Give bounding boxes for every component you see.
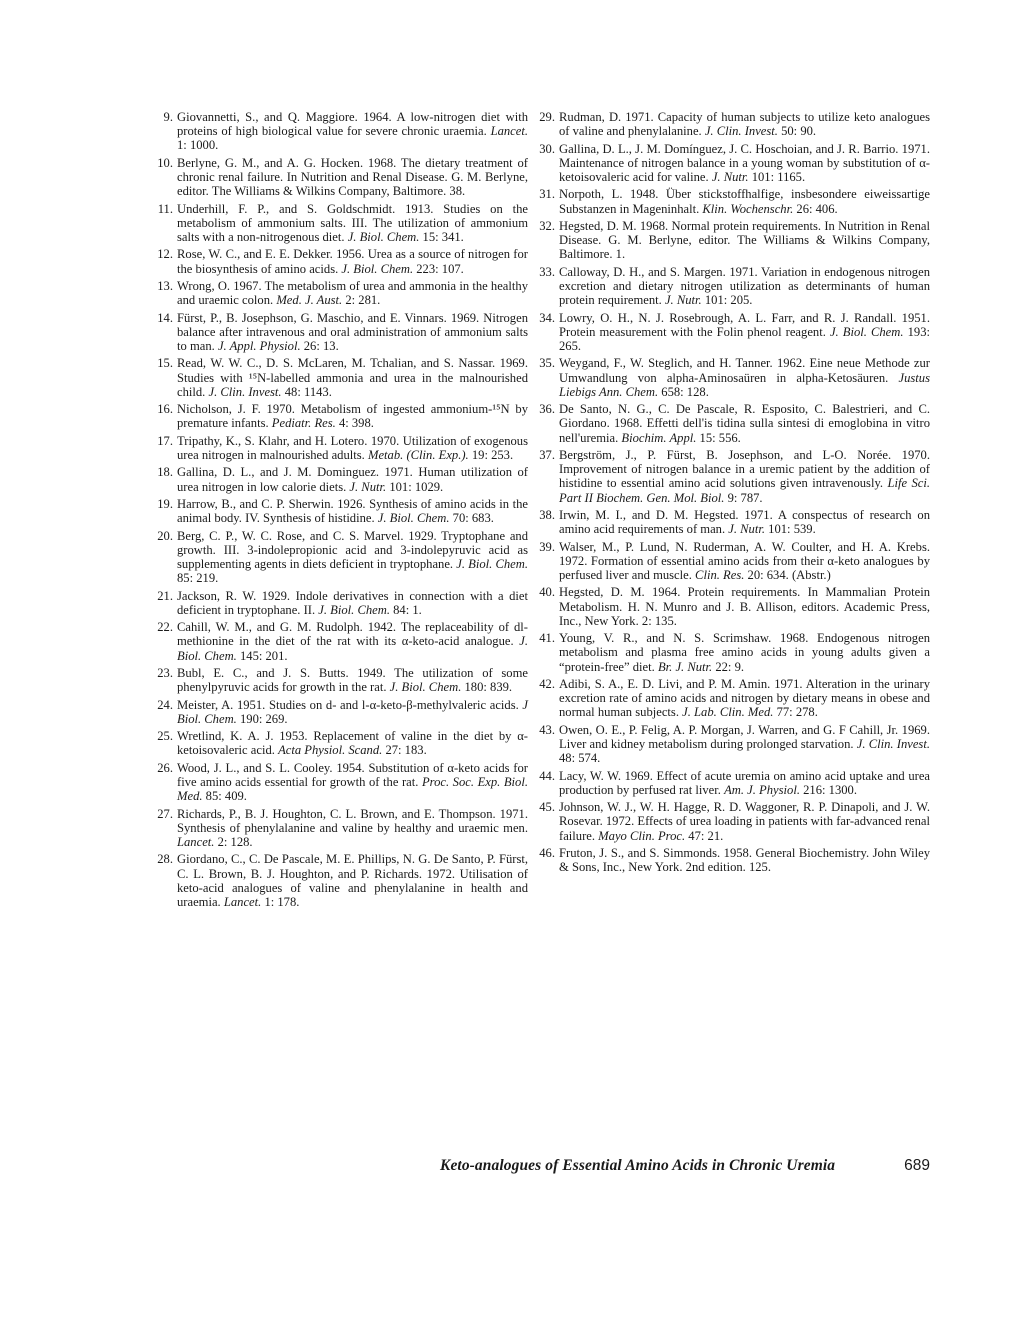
reference-citation: 658: 128. <box>658 385 709 399</box>
reference-citation: 190: 269. <box>237 712 288 726</box>
reference-citation: 101: 205. <box>702 293 753 307</box>
reference-journal: J. Biol. Chem. <box>390 680 462 694</box>
reference-journal: J. Nutr. <box>665 293 702 307</box>
reference-text: Underhill, F. P., and S. Goldschmidt. 19… <box>177 202 528 245</box>
reference-number: 22. <box>150 620 173 634</box>
reference-item: 31.Norpoth, L. 1948. Über stickstoffhalf… <box>532 187 930 215</box>
page-number: 689 <box>904 1157 930 1175</box>
reference-journal: J. Clin. Invest. <box>857 737 930 751</box>
reference-number: 29. <box>532 110 555 124</box>
reference-number: 38. <box>532 508 555 522</box>
reference-citation: 15: 556. <box>696 431 740 445</box>
reference-number: 31. <box>532 187 555 201</box>
reference-citation: 9: 787. <box>724 491 762 505</box>
reference-number: 35. <box>532 356 555 370</box>
reference-number: 18. <box>150 465 173 479</box>
reference-number: 14. <box>150 311 173 325</box>
reference-citation: 26: 13. <box>301 339 339 353</box>
reference-item: 14.Fürst, P., B. Josephson, G. Maschio, … <box>150 311 528 354</box>
reference-item: 42.Adibi, S. A., E. D. Livi, and P. M. A… <box>532 677 930 720</box>
reference-item: 38.Irwin, M. I., and D. M. Hegsted. 1971… <box>532 508 930 536</box>
reference-journal: Br. J. Nutr. <box>658 660 712 674</box>
reference-number: 42. <box>532 677 555 691</box>
reference-text: Gallina, D. L., and J. M. Dominguez. 197… <box>177 465 528 493</box>
reference-body: Giovannetti, S., and Q. Maggiore. 1964. … <box>177 110 528 138</box>
reference-number: 32. <box>532 219 555 233</box>
reference-journal: J. Biol. Chem. <box>348 230 420 244</box>
reference-number: 33. <box>532 265 555 279</box>
reference-text: Owen, O. E., P. Felig, A. P. Morgan, J. … <box>559 723 930 766</box>
reference-number: 9. <box>150 110 173 124</box>
reference-body: Berlyne, G. M., and A. G. Hocken. 1968. … <box>177 156 528 198</box>
reference-citation: 101: 1165. <box>749 170 806 184</box>
reference-item: 30.Gallina, D. L., J. M. Domínguez, J. C… <box>532 142 930 185</box>
reference-number: 23. <box>150 666 173 680</box>
reference-journal: Pediatr. Res. <box>272 416 336 430</box>
reference-item: 36.De Santo, N. G., C. De Pascale, R. Es… <box>532 402 930 445</box>
reference-number: 40. <box>532 585 555 599</box>
reference-journal: J. Biol. Chem. <box>830 325 904 339</box>
reference-item: 27.Richards, P., B. J. Houghton, C. L. B… <box>150 807 528 850</box>
reference-number: 11. <box>150 202 173 216</box>
reference-item: 26.Wood, J. L., and S. L. Cooley. 1954. … <box>150 761 528 804</box>
reference-text: Hegsted, D. M. 1964. Protein requirement… <box>559 585 930 628</box>
reference-text: Harrow, B., and C. P. Sherwin. 1926. Syn… <box>177 497 528 525</box>
reference-text: Giovannetti, S., and Q. Maggiore. 1964. … <box>177 110 528 153</box>
reference-citation: 48: 574. <box>559 751 600 765</box>
reference-number: 37. <box>532 448 555 462</box>
reference-journal: J. Biol. Chem. <box>378 511 450 525</box>
reference-item: 37.Bergström, J., P. Fürst, B. Josephson… <box>532 448 930 505</box>
reference-text: Tripathy, K., S. Klahr, and H. Lotero. 1… <box>177 434 528 462</box>
reference-body: Bergström, J., P. Fürst, B. Josephson, a… <box>559 448 930 490</box>
reference-item: 41.Young, V. R., and N. S. Scrimshaw. 19… <box>532 631 930 674</box>
references-left-column: 9.Giovannetti, S., and Q. Maggiore. 1964… <box>150 110 528 912</box>
reference-citation: 50: 90. <box>778 124 816 138</box>
reference-item: 44.Lacy, W. W. 1969. Effect of acute ure… <box>532 769 930 797</box>
reference-text: Lowry, O. H., N. J. Rosebrough, A. L. Fa… <box>559 311 930 354</box>
reference-text: Norpoth, L. 1948. Über stickstoffhalfige… <box>559 187 930 215</box>
references-right-column: 29.Rudman, D. 1971. Capacity of human su… <box>532 110 930 878</box>
reference-citation: 27: 183. <box>382 743 426 757</box>
reference-number: 34. <box>532 311 555 325</box>
reference-item: 39.Walser, M., P. Lund, N. Ruderman, A. … <box>532 540 930 583</box>
reference-body: Hegsted, D. M. 1968. Normal protein requ… <box>559 219 930 261</box>
reference-item: 17.Tripathy, K., S. Klahr, and H. Lotero… <box>150 434 528 462</box>
reference-citation: 4: 398. <box>336 416 374 430</box>
reference-item: 13.Wrong, O. 1967. The metabolism of ure… <box>150 279 528 307</box>
reference-citation: 85: 409. <box>203 789 247 803</box>
reference-journal: Lancet. <box>224 895 261 909</box>
reference-item: 20.Berg, C. P., W. C. Rose, and C. S. Ma… <box>150 529 528 586</box>
reference-text: Read, W. W. C., D. S. McLaren, M. Tchali… <box>177 356 528 399</box>
reference-number: 15. <box>150 356 173 370</box>
reference-text: Weygand, F., W. Steglich, and H. Tanner.… <box>559 356 930 399</box>
reference-journal: Metab. (Clin. Exp.). <box>368 448 469 462</box>
reference-number: 39. <box>532 540 555 554</box>
reference-text: Richards, P., B. J. Houghton, C. L. Brow… <box>177 807 528 850</box>
reference-text: Walser, M., P. Lund, N. Ruderman, A. W. … <box>559 540 930 583</box>
reference-text: Wretlind, K. A. J. 1953. Replacement of … <box>177 729 528 757</box>
reference-citation: 180: 839. <box>461 680 512 694</box>
reference-item: 45.Johnson, W. J., W. H. Hagge, R. D. Wa… <box>532 800 930 843</box>
reference-journal: Med. J. Aust. <box>276 293 342 307</box>
reference-number: 24. <box>150 698 173 712</box>
reference-citation: 145: 201. <box>237 649 288 663</box>
reference-text: Gallina, D. L., J. M. Domínguez, J. C. H… <box>559 142 930 185</box>
reference-citation: 85: 219. <box>177 571 218 585</box>
reference-citation: 22: 9. <box>712 660 744 674</box>
reference-number: 28. <box>150 852 173 866</box>
reference-number: 43. <box>532 723 555 737</box>
reference-journal: Lancet. <box>177 835 214 849</box>
reference-journal: Lancet. <box>491 124 528 138</box>
reference-citation: 101: 539. <box>765 522 816 536</box>
reference-citation: 70: 683. <box>450 511 494 525</box>
reference-journal: J. Nutr. <box>349 480 386 494</box>
reference-item: 15.Read, W. W. C., D. S. McLaren, M. Tch… <box>150 356 528 399</box>
reference-item: 43.Owen, O. E., P. Felig, A. P. Morgan, … <box>532 723 930 766</box>
reference-journal: Mayo Clin. Proc. <box>598 829 685 843</box>
reference-journal: J. Nutr. <box>728 522 765 536</box>
reference-number: 41. <box>532 631 555 645</box>
reference-text: Berg, C. P., W. C. Rose, and C. S. Marve… <box>177 529 528 586</box>
reference-citation: 1: 178. <box>261 895 299 909</box>
reference-journal: J. Clin. Invest. <box>705 124 778 138</box>
reference-text: Berlyne, G. M., and A. G. Hocken. 1968. … <box>177 156 528 199</box>
reference-item: 40.Hegsted, D. M. 1964. Protein requirem… <box>532 585 930 628</box>
reference-text: Cahill, W. M., and G. M. Rudolph. 1942. … <box>177 620 528 663</box>
reference-item: 35.Weygand, F., W. Steglich, and H. Tann… <box>532 356 930 399</box>
reference-citation: 84: 1. <box>390 603 422 617</box>
reference-number: 36. <box>532 402 555 416</box>
reference-number: 45. <box>532 800 555 814</box>
reference-number: 26. <box>150 761 173 775</box>
reference-number: 12. <box>150 247 173 261</box>
reference-text: Johnson, W. J., W. H. Hagge, R. D. Waggo… <box>559 800 930 843</box>
reference-text: Lacy, W. W. 1969. Effect of acute uremia… <box>559 769 930 797</box>
reference-text: Bergström, J., P. Fürst, B. Josephson, a… <box>559 448 930 505</box>
reference-text: Rudman, D. 1971. Capacity of human subje… <box>559 110 930 138</box>
reference-item: 32.Hegsted, D. M. 1968. Normal protein r… <box>532 219 930 262</box>
reference-item: 28.Giordano, C., C. De Pascale, M. E. Ph… <box>150 852 528 909</box>
reference-body: Richards, P., B. J. Houghton, C. L. Brow… <box>177 807 528 835</box>
reference-text: De Santo, N. G., C. De Pascale, R. Espos… <box>559 402 930 445</box>
reference-item: 10.Berlyne, G. M., and A. G. Hocken. 196… <box>150 156 528 199</box>
reference-citation: 223: 107. <box>413 262 464 276</box>
reference-item: 23.Bubl, E. C., and J. S. Butts. 1949. T… <box>150 666 528 694</box>
reference-body: Fruton, J. S., and S. Simmonds. 1958. Ge… <box>559 846 930 874</box>
reference-citation: 26: 406. <box>793 202 837 216</box>
reference-text: Adibi, S. A., E. D. Livi, and P. M. Amin… <box>559 677 930 720</box>
reference-body: Cahill, W. M., and G. M. Rudolph. 1942. … <box>177 620 528 648</box>
reference-citation: 2: 281. <box>342 293 380 307</box>
reference-text: Rose, W. C., and E. E. Dekker. 1956. Ure… <box>177 247 528 275</box>
reference-number: 10. <box>150 156 173 170</box>
reference-citation: 77: 278. <box>773 705 817 719</box>
reference-item: 29.Rudman, D. 1971. Capacity of human su… <box>532 110 930 138</box>
reference-number: 16. <box>150 402 173 416</box>
reference-citation: 20: 634. (Abstr.) <box>744 568 830 582</box>
reference-number: 13. <box>150 279 173 293</box>
reference-journal: Klin. Wochenschr. <box>702 202 793 216</box>
reference-item: 11.Underhill, F. P., and S. Goldschmidt.… <box>150 202 528 245</box>
reference-text: Wood, J. L., and S. L. Cooley. 1954. Sub… <box>177 761 528 804</box>
reference-item: 22.Cahill, W. M., and G. M. Rudolph. 194… <box>150 620 528 663</box>
reference-citation: 101: 1029. <box>386 480 443 494</box>
reference-item: 9.Giovannetti, S., and Q. Maggiore. 1964… <box>150 110 528 153</box>
reference-text: Hegsted, D. M. 1968. Normal protein requ… <box>559 219 930 262</box>
reference-number: 19. <box>150 497 173 511</box>
reference-item: 46.Fruton, J. S., and S. Simmonds. 1958.… <box>532 846 930 874</box>
reference-number: 20. <box>150 529 173 543</box>
reference-journal: J. Biol. Chem. <box>456 557 528 571</box>
reference-journal: Acta Physiol. Scand. <box>278 743 382 757</box>
reference-text: Nicholson, J. F. 1970. Metabolism of ing… <box>177 402 528 430</box>
reference-body: Meister, A. 1951. Studies on d- and l-α-… <box>177 698 522 712</box>
reference-item: 16.Nicholson, J. F. 1970. Metabolism of … <box>150 402 528 430</box>
reference-item: 12.Rose, W. C., and E. E. Dekker. 1956. … <box>150 247 528 275</box>
reference-journal: J. Nutr. <box>712 170 749 184</box>
reference-text: Meister, A. 1951. Studies on d- and l-α-… <box>177 698 528 726</box>
reference-body: Weygand, F., W. Steglich, and H. Tanner.… <box>559 356 930 384</box>
reference-number: 27. <box>150 807 173 821</box>
reference-text: Young, V. R., and N. S. Scrimshaw. 1968.… <box>559 631 930 674</box>
reference-number: 21. <box>150 589 173 603</box>
reference-number: 30. <box>532 142 555 156</box>
reference-journal: J. Clin. Invest. <box>208 385 281 399</box>
reference-citation: 19: 253. <box>469 448 513 462</box>
reference-text: Calloway, D. H., and S. Margen. 1971. Va… <box>559 265 930 308</box>
reference-citation: 48: 1143. <box>282 385 332 399</box>
reference-journal: J. Appl. Physiol. <box>218 339 301 353</box>
reference-text: Irwin, M. I., and D. M. Hegsted. 1971. A… <box>559 508 930 536</box>
reference-number: 25. <box>150 729 173 743</box>
reference-body: Hegsted, D. M. 1964. Protein requirement… <box>559 585 930 627</box>
reference-item: 34.Lowry, O. H., N. J. Rosebrough, A. L.… <box>532 311 930 354</box>
reference-journal: J. Biol. Chem. <box>341 262 413 276</box>
reference-journal: Am. J. Physiol. <box>724 783 800 797</box>
reference-text: Bubl, E. C., and J. S. Butts. 1949. The … <box>177 666 528 694</box>
reference-text: Fürst, P., B. Josephson, G. Maschio, and… <box>177 311 528 354</box>
reference-text: Jackson, R. W. 1929. Indole derivatives … <box>177 589 528 617</box>
reference-text: Fruton, J. S., and S. Simmonds. 1958. Ge… <box>559 846 930 874</box>
reference-text: Giordano, C., C. De Pascale, M. E. Phill… <box>177 852 528 909</box>
reference-journal: J. Biol. Chem. <box>318 603 390 617</box>
reference-citation: 15: 341. <box>419 230 463 244</box>
reference-text: Wrong, O. 1967. The metabolism of urea a… <box>177 279 528 307</box>
reference-journal: Biochim. Appl. <box>621 431 696 445</box>
reference-item: 25.Wretlind, K. A. J. 1953. Replacement … <box>150 729 528 757</box>
reference-item: 24.Meister, A. 1951. Studies on d- and l… <box>150 698 528 726</box>
running-title: Keto-analogues of Essential Amino Acids … <box>440 1157 835 1175</box>
reference-number: 17. <box>150 434 173 448</box>
reference-journal: J. Lab. Clin. Med. <box>682 705 773 719</box>
reference-citation: 2: 128. <box>214 835 252 849</box>
reference-body: De Santo, N. G., C. De Pascale, R. Espos… <box>559 402 930 444</box>
reference-body: Young, V. R., and N. S. Scrimshaw. 1968.… <box>559 631 930 673</box>
reference-journal: Clin. Res. <box>695 568 744 582</box>
reference-item: 18.Gallina, D. L., and J. M. Dominguez. … <box>150 465 528 493</box>
reference-item: 21.Jackson, R. W. 1929. Indole derivativ… <box>150 589 528 617</box>
reference-item: 19.Harrow, B., and C. P. Sherwin. 1926. … <box>150 497 528 525</box>
reference-number: 46. <box>532 846 555 860</box>
reference-number: 44. <box>532 769 555 783</box>
reference-citation: 47: 21. <box>685 829 723 843</box>
reference-citation: 1: 1000. <box>177 138 218 152</box>
reference-item: 33.Calloway, D. H., and S. Margen. 1971.… <box>532 265 930 308</box>
reference-citation: 216: 1300. <box>800 783 857 797</box>
